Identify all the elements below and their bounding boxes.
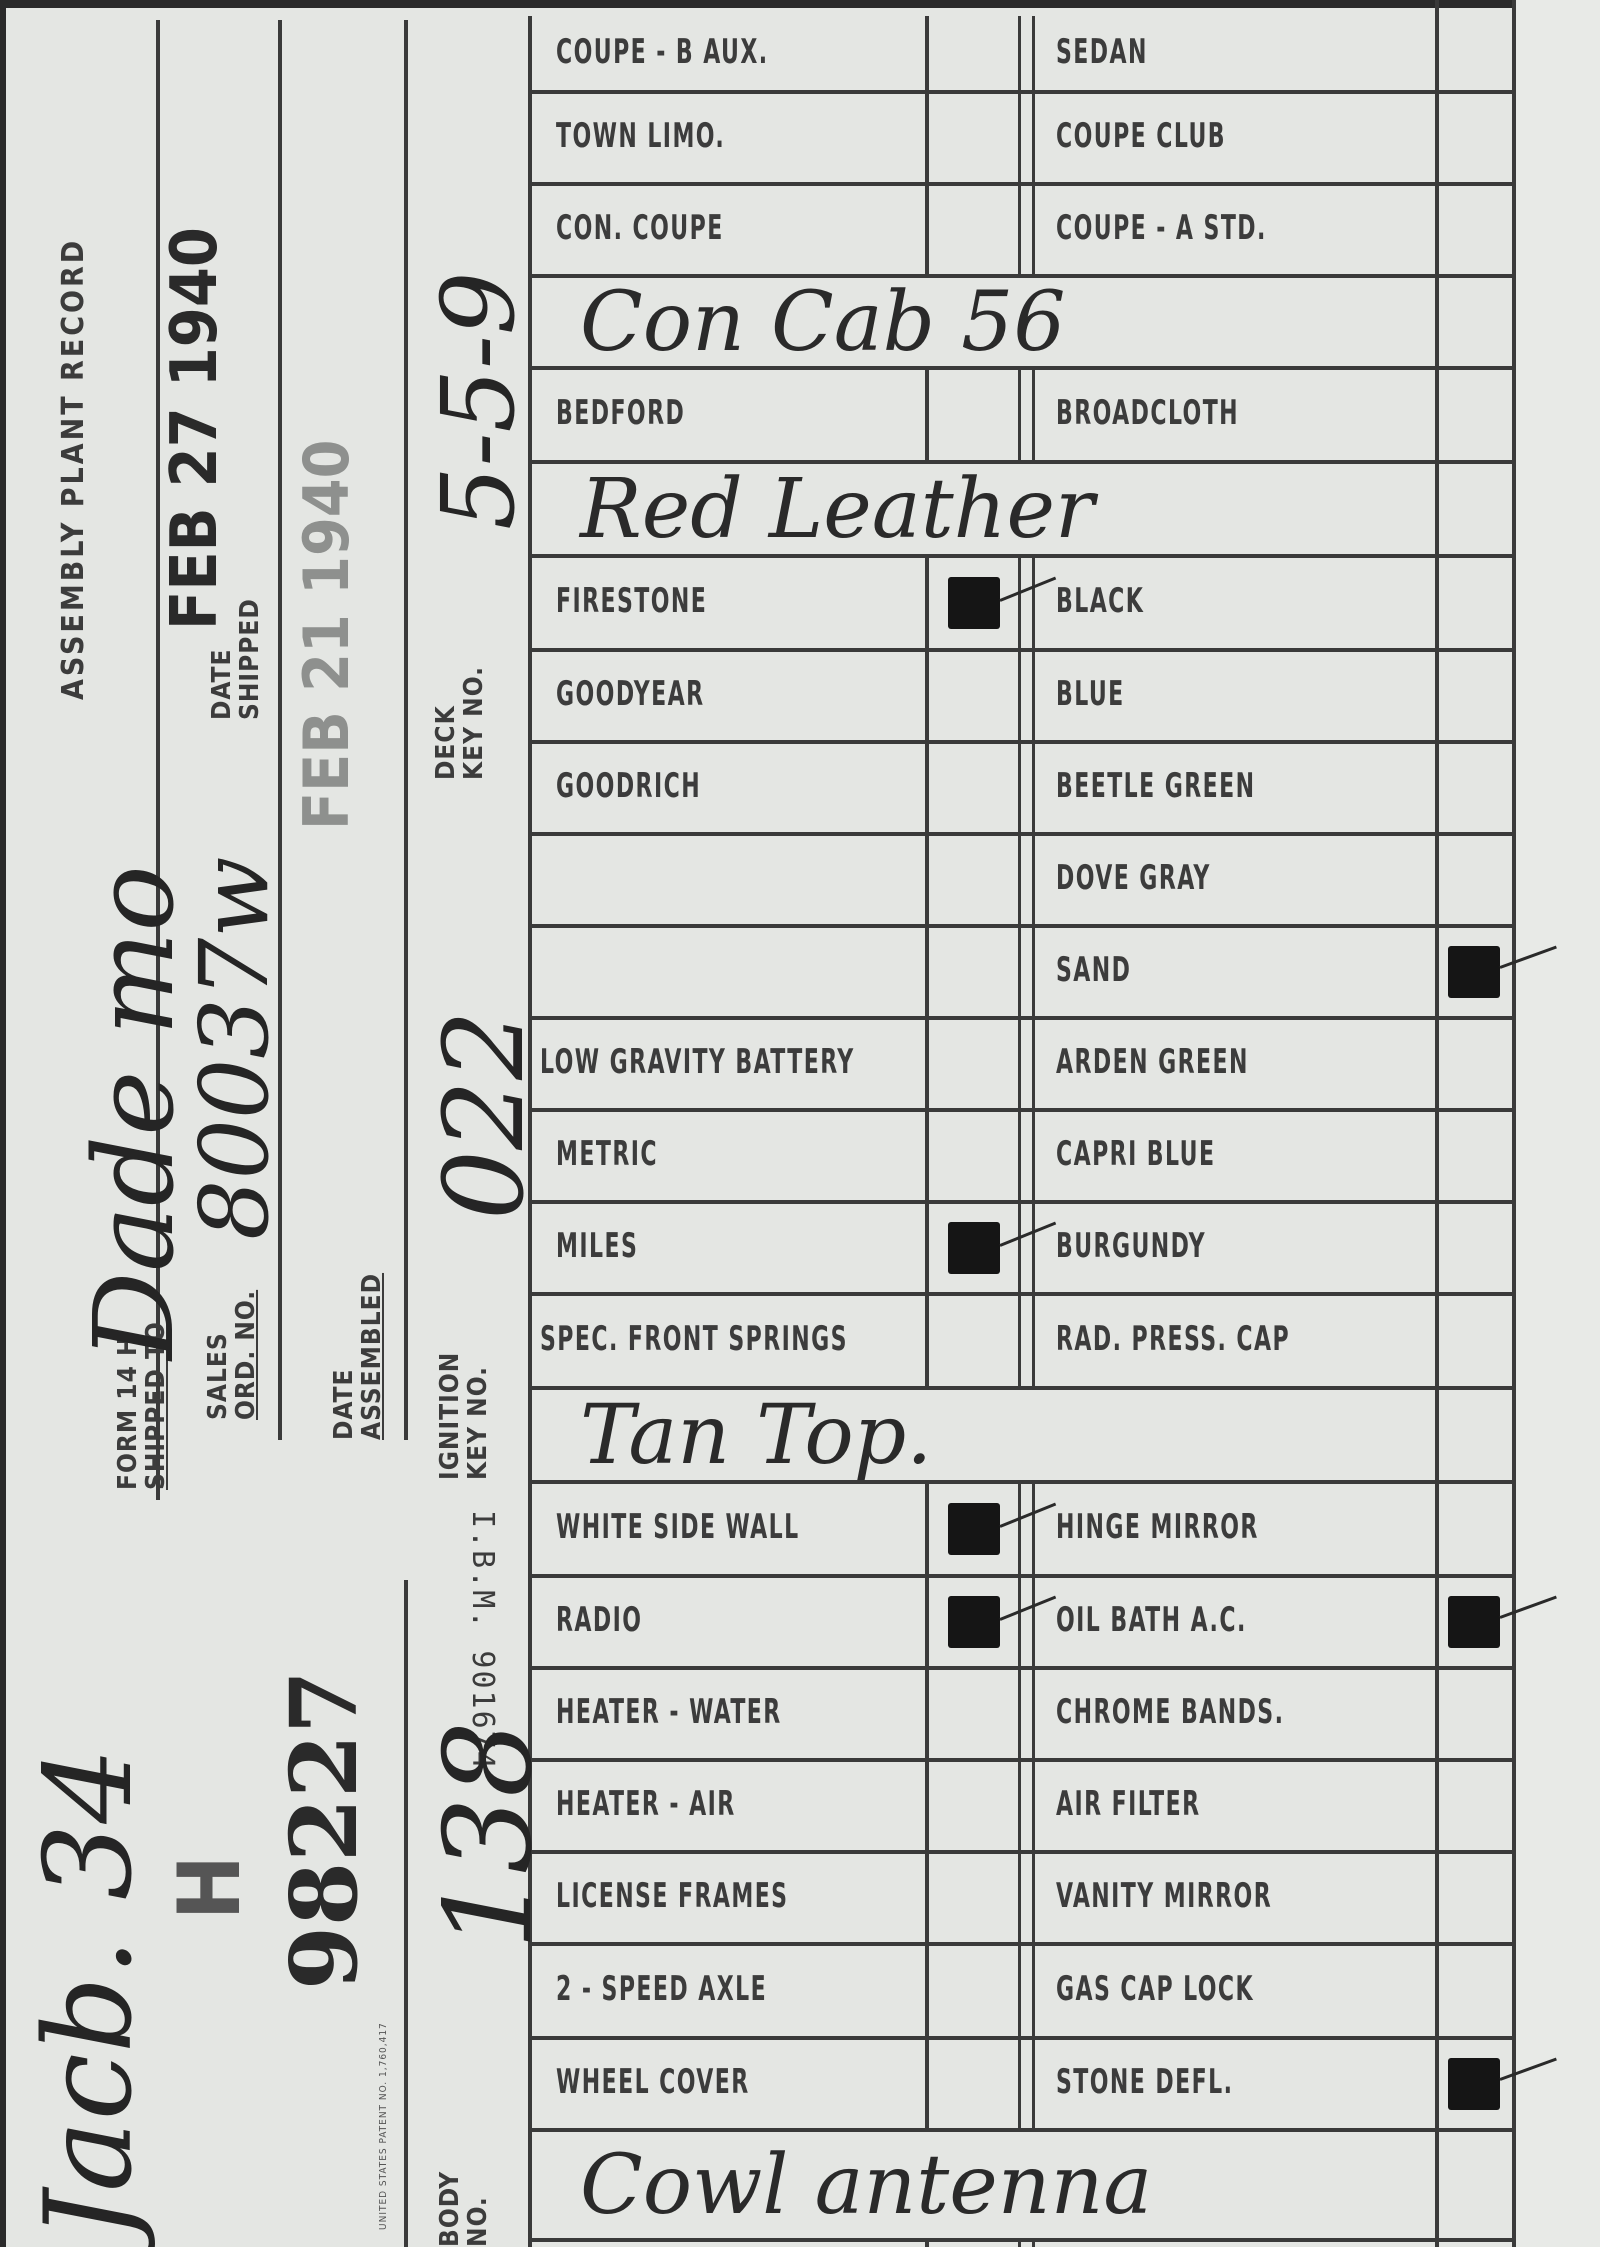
option-checkbox-right[interactable] [1440, 650, 1510, 742]
option-label-right: GAS CAP LOCK [1056, 1969, 1254, 2009]
date-shipped-faint-stamp: FEB 21 1940 [290, 440, 363, 830]
row-divider [528, 1666, 1515, 1670]
row-divider [528, 1200, 1515, 1204]
option-label-right: CAPRI BLUE [1056, 1134, 1215, 1174]
form-title: ASSEMBLY PLANT RECORD [60, 238, 88, 700]
option-checkbox-right[interactable] [1440, 556, 1510, 650]
filled-square-mark-icon [948, 1596, 1000, 1648]
option-checkbox-left[interactable] [930, 1018, 1016, 1110]
option-label-right: BURGUNDY [1056, 1226, 1206, 1266]
filled-square-mark-icon [1448, 1596, 1500, 1648]
filled-square-mark-icon [948, 577, 1000, 629]
option-checkbox-right[interactable] [1440, 742, 1510, 834]
sales-ord-label-2: ORD. NO. [232, 1290, 260, 1420]
option-label-left: TOWN LIMO. [556, 116, 725, 156]
option-label-left: GOODYEAR [556, 674, 705, 714]
option-checkbox-right[interactable] [1440, 834, 1510, 926]
option-checkbox-right[interactable] [1440, 1760, 1510, 1852]
option-label-right: COUPE - A STD. [1056, 208, 1267, 248]
handwritten-note: Red Leather [580, 466, 1094, 554]
row-divider [528, 1850, 1515, 1854]
option-label-right: CHROME BANDS. [1056, 1692, 1284, 1732]
ignition-key-label-2: KEY NO. [464, 1366, 492, 1480]
option-checkbox-left[interactable] [930, 1944, 1016, 2038]
row-divider [528, 1016, 1515, 1020]
date-shipped-stamp: FEB 27 1940 [158, 227, 232, 630]
handwritten-note: Con Cab 56 [580, 280, 1066, 366]
right-check-divider [1435, 0, 1439, 2247]
option-label-right: BLUE [1056, 674, 1125, 714]
option-checkbox-right[interactable] [1440, 1110, 1510, 1202]
option-label-left: WHEEL COVER [556, 2062, 750, 2102]
handwritten-note: Cowl antenna [580, 2134, 1152, 2238]
column-divider [404, 1580, 408, 2247]
option-checkbox-right[interactable] [1440, 1944, 1510, 2038]
option-label-left: LOW GRAVITY BATTERY [540, 1042, 855, 1082]
table-right-border [1512, 0, 1516, 2247]
assembly-plant-record-card: COUPE - B AUX.SEDANTOWN LIMO.COUPE CLUBC… [0, 0, 1600, 2247]
option-checkbox-right[interactable] [1440, 1202, 1510, 1294]
card-left-border [0, 0, 6, 2247]
deck-key-label-2: KEY NO. [460, 666, 488, 780]
date-assembled-label-1: DATE [330, 1369, 358, 1440]
option-label-left: CON. COUPE [556, 208, 724, 248]
option-checkbox-right[interactable] [1440, 1668, 1510, 1760]
option-checkbox-left[interactable] [930, 184, 1016, 276]
option-checkbox-left[interactable] [930, 742, 1016, 834]
option-label-left: 2 - SPEED AXLE [556, 1969, 767, 2009]
row-divider [528, 648, 1515, 652]
option-checkbox-left[interactable] [930, 1760, 1016, 1852]
option-label-right: OIL BATH A.C. [1056, 1600, 1247, 1640]
date-shipped-label-1: DATE [208, 649, 236, 720]
option-checkbox-right[interactable] [1440, 1294, 1510, 1388]
filled-square-mark-icon [1448, 2058, 1500, 2110]
top-edge [0, 0, 1600, 8]
option-checkbox-left[interactable] [930, 92, 1016, 184]
filled-square-mark-icon [948, 1503, 1000, 1555]
option-label-right: BLACK [1056, 581, 1144, 621]
option-checkbox-left[interactable] [930, 1110, 1016, 1202]
option-label-right: DOVE GRAY [1056, 858, 1211, 898]
row-divider [528, 2238, 1515, 2242]
row-divider [528, 924, 1515, 928]
option-label-right: AIR FILTER [1056, 1784, 1201, 1824]
option-checkbox-right[interactable] [1440, 1482, 1510, 1576]
option-label-left: HEATER - AIR [556, 1784, 736, 1824]
row-divider [528, 1108, 1515, 1112]
option-checkbox-left[interactable] [930, 368, 1016, 462]
row-divider [528, 2036, 1515, 2040]
body-no-label-1: BODY [436, 2171, 464, 2247]
body-no-value: 138 [420, 1721, 559, 1950]
option-checkbox-right[interactable] [1440, 184, 1510, 276]
option-checkbox-left[interactable] [930, 1668, 1016, 1760]
patent-note: UNITED STATES PATENT NO. 1,760,417 [378, 2022, 389, 2230]
option-label-left: WHITE SIDE WALL [556, 1507, 800, 1547]
option-checkbox-left[interactable] [930, 1852, 1016, 1944]
option-label-left: RADIO [556, 1600, 642, 1640]
option-label-left: METRIC [556, 1134, 658, 1174]
row-divider [528, 182, 1515, 186]
option-checkbox-left[interactable] [930, 2038, 1016, 2130]
option-checkbox-left[interactable] [930, 926, 1016, 1018]
option-checkbox-right[interactable] [1440, 368, 1510, 462]
option-checkbox-left[interactable] [930, 16, 1016, 92]
ignition-key-value: 022 [420, 1010, 548, 1220]
sales-ord-value: 80037w [180, 856, 290, 1240]
option-checkbox-right[interactable] [1440, 1852, 1510, 1944]
option-label-right: HINGE MIRROR [1056, 1507, 1259, 1547]
shipped-to-value: Dade mo [70, 865, 198, 1360]
deck-key-label-1: DECK [432, 705, 460, 780]
serial-number: 98227 [270, 1670, 378, 1990]
filled-square-mark-icon [948, 1222, 1000, 1274]
option-label-right: COUPE CLUB [1056, 116, 1226, 156]
body-no-label-2: NO. [464, 2196, 492, 2247]
row-divider [528, 832, 1515, 836]
option-label-right: VANITY MIRROR [1056, 1876, 1272, 1916]
option-label-left: FIRESTONE [556, 581, 707, 621]
option-checkbox-left[interactable] [930, 1294, 1016, 1388]
option-label-right: BROADCLOTH [1056, 393, 1239, 433]
option-label-right: SEDAN [1056, 32, 1148, 72]
handwritten-note: Tan Top. [580, 1392, 932, 1480]
row-divider [528, 1574, 1515, 1578]
ignition-key-label-1: IGNITION [436, 1352, 464, 1480]
option-checkbox-right[interactable] [1440, 92, 1510, 184]
option-checkbox-left[interactable] [930, 650, 1016, 742]
deck-key-value: 5-5-9 [420, 272, 537, 530]
jacob-note: Jacb. 34 [20, 1747, 159, 2240]
option-label-left: SPEC. FRONT SPRINGS [540, 1319, 848, 1359]
filled-square-mark-icon [1448, 946, 1500, 998]
option-label-left: GOODRICH [556, 766, 701, 806]
date-assembled-label-2: ASSEMBLED [358, 1273, 386, 1440]
row-divider [528, 740, 1515, 744]
option-checkbox-right[interactable] [1440, 1018, 1510, 1110]
sales-ord-label-1: SALES [204, 1332, 232, 1420]
option-label-left: HEATER - WATER [556, 1692, 782, 1732]
option-label-right: STONE DEFL. [1056, 2062, 1233, 2102]
option-label-left: COUPE - B AUX. [556, 32, 769, 72]
right-margin [1515, 0, 1600, 2247]
option-label-left: LICENSE FRAMES [556, 1876, 788, 1916]
row-divider [528, 1758, 1515, 1762]
row-divider [528, 1942, 1515, 1946]
option-checkbox-left[interactable] [930, 834, 1016, 926]
row-divider [528, 90, 1515, 94]
option-label-right: BEETLE GREEN [1056, 766, 1255, 806]
series-letter: H [160, 1855, 260, 1920]
option-label-right: SAND [1056, 950, 1131, 990]
option-label-right: RAD. PRESS. CAP [1056, 1319, 1290, 1359]
date-shipped-label-2: SHIPPED [236, 598, 264, 720]
option-label-left: BEDFORD [556, 393, 685, 433]
option-checkbox-right[interactable] [1440, 16, 1510, 92]
option-label-right: ARDEN GREEN [1056, 1042, 1249, 1082]
option-label-left: MILES [556, 1226, 638, 1266]
row-divider [528, 1292, 1515, 1296]
column-divider [404, 20, 408, 1440]
